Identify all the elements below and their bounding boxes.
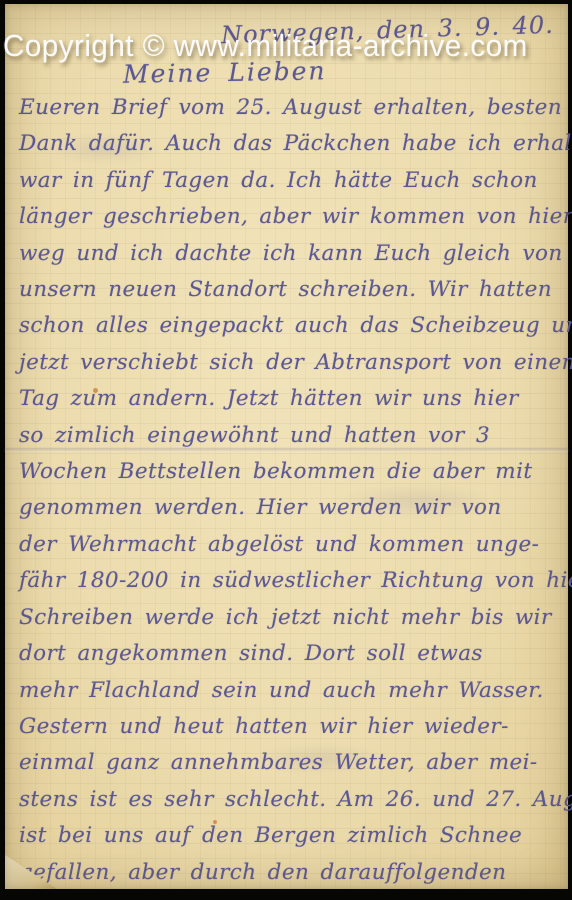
letter-line: genommen werden. Hier werden wir von <box>19 490 564 526</box>
scanned-letter-photo: Norwegen, den 3. 9. 40. Meine Lieben Eue… <box>0 0 572 900</box>
letter-line: der Wehrmacht abgelöst und kommen unge- <box>19 527 564 563</box>
letter-line: Wochen Bettstellen bekommen die aber mit <box>19 454 564 490</box>
letter-line: Dank dafür. Auch das Päckchen habe ich e… <box>19 126 564 162</box>
fold-crease <box>5 448 568 452</box>
letter-body: Eueren Brief vom 25. August erhalten, be… <box>19 90 564 891</box>
copyright-watermark: Copyright © www.militaria-archive.com <box>3 28 546 64</box>
letter-line: stens ist es sehr schlecht. Am 26. und 2… <box>19 782 564 818</box>
letter-line: jetzt verschiebt sich der Abtransport vo… <box>19 345 564 381</box>
letter-line: dort angekommen sind. Dort soll etwas <box>19 636 564 672</box>
letter-line: Gestern und heut hatten wir hier wieder- <box>19 709 564 745</box>
letter-line: gefallen, aber durch den darauffolgenden <box>19 855 564 891</box>
letter-line: Eueren Brief vom 25. August erhalten, be… <box>19 90 564 126</box>
letter-line: fähr 180-200 in südwestlicher Richtung v… <box>19 563 564 599</box>
letter-line: Schreiben werde ich jetzt nicht mehr bis… <box>19 600 564 636</box>
letter-line: war in fünf Tagen da. Ich hätte Euch sch… <box>19 163 564 199</box>
letter-line: ist bei uns auf den Bergen zimlich Schne… <box>19 818 564 854</box>
letter-line: mehr Flachland sein und auch mehr Wasser… <box>19 673 564 709</box>
letter-line: weg und ich dachte ich kann Euch gleich … <box>19 236 564 272</box>
letter-paper: Norwegen, den 3. 9. 40. Meine Lieben Eue… <box>5 4 568 889</box>
letter-line: unsern neuen Standort schreiben. Wir hat… <box>19 272 564 308</box>
letter-line: Tag zum andern. Jetzt hätten wir uns hie… <box>19 381 564 417</box>
letter-line: einmal ganz annehmbares Wetter, aber mei… <box>19 745 564 781</box>
letter-line: schon alles eingepackt auch das Scheibze… <box>19 308 564 344</box>
letter-line: länger geschrieben, aber wir kommen von … <box>19 199 564 235</box>
